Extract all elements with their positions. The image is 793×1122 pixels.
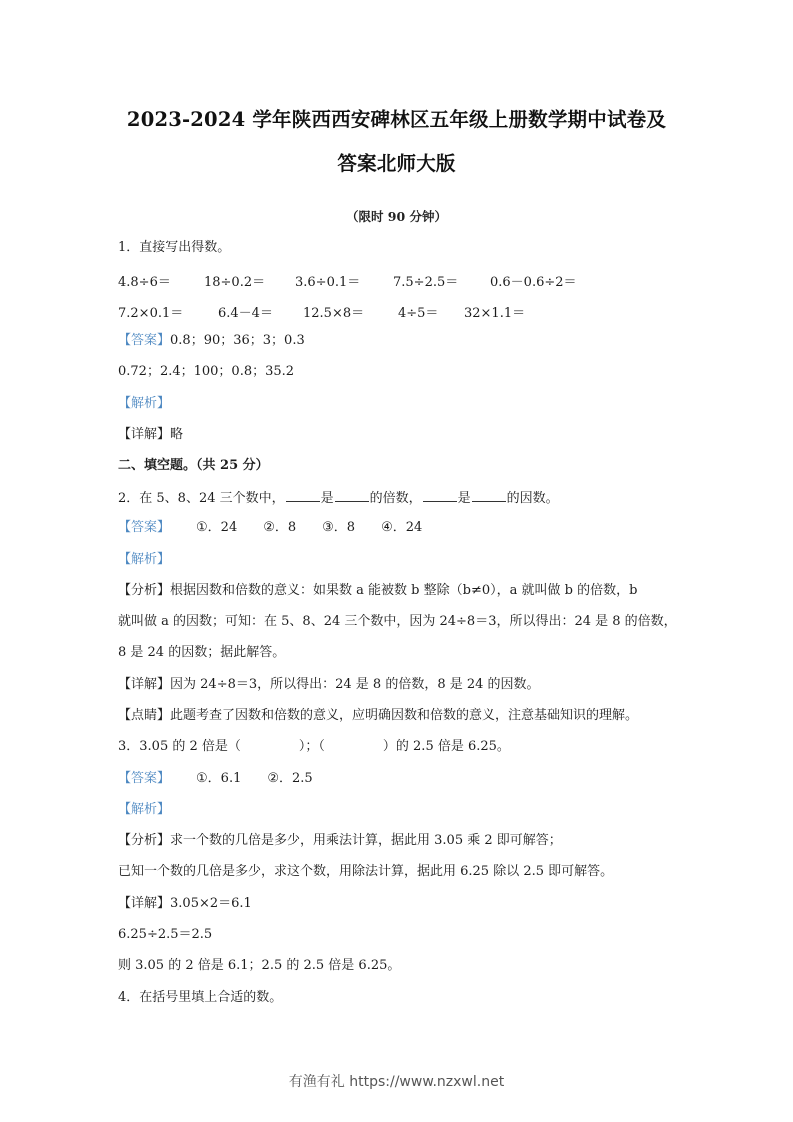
- q1-detail: 【详解】略: [118, 427, 183, 443]
- q3-prompt: 3．3.05 的 2 倍是（）；（）的 2.5 倍是 6.25。: [118, 739, 510, 755]
- q2-answer-4: ④．24: [381, 520, 422, 536]
- document-page: 2023-2024 学年陕西西安碑林区五年级上册数学期中试卷及 答案北师大版 （…: [0, 0, 793, 1122]
- section-2-heading: 二、填空题。（共 25 分）: [118, 458, 269, 474]
- q1-equation: 3.6÷0.1＝: [295, 271, 360, 290]
- footer-watermark: 有渔有礼 https://www.nzxwl.net: [0, 1071, 793, 1091]
- detail-label: 【详解】: [118, 677, 170, 692]
- q3-detail: 【详解】3.05×2＝6.1: [118, 896, 252, 912]
- q1-equation: 7.5÷2.5＝: [393, 271, 458, 290]
- q2-detail: 【详解】因为 24÷8＝3，所以得出：24 是 8 的倍数，8 是 24 的因数…: [118, 677, 540, 693]
- breakdown-label: 【分析】: [118, 833, 170, 848]
- q3-answer-2: ②．2.5: [267, 771, 312, 787]
- q3-analysis: 【解析】: [118, 802, 170, 818]
- q1-equation: 32×1.1＝: [464, 302, 525, 321]
- detail-label: 【详解】: [118, 427, 170, 442]
- q2-blank-4: [472, 489, 506, 502]
- q1-equation-row-1: 4.8÷6＝ 18÷0.2＝ 3.6÷0.1＝ 7.5÷2.5＝ 0.6－0.6…: [118, 271, 718, 287]
- detail-label: 【详解】: [118, 896, 170, 911]
- q3-answer-1: ①．6.1: [196, 771, 241, 787]
- q1-equation: 4.8÷6＝: [118, 271, 171, 290]
- q3-prompt-part: 3．3.05 的 2 倍是（: [118, 739, 241, 754]
- q2-answer-2: ②．8: [263, 520, 296, 536]
- q3-prompt-part: ）；（: [299, 739, 325, 754]
- q3-detail-line-1: 3.05×2＝6.1: [170, 896, 252, 911]
- q1-equation: 7.2×0.1＝: [118, 302, 183, 321]
- q2-breakdown-line-2: 就叫做 a 的因数；可知：在 5、8、24 三个数中，因为 24÷8＝3，所以得…: [118, 614, 677, 630]
- q1-detail-text: 略: [170, 427, 183, 442]
- q2-analysis: 【解析】: [118, 552, 170, 568]
- analysis-label: 【解析】: [118, 552, 170, 567]
- q3-prompt-part: ）的 2.5 倍是 6.25。: [383, 739, 510, 754]
- q1-equation-row-2: 7.2×0.1＝ 6.4－4＝ 12.5×8＝ 4÷5＝ 32×1.1＝: [118, 302, 718, 318]
- q2-prompt-part: 2．在 5、8、24 三个数中，: [118, 491, 285, 506]
- answer-label: 【答案】: [118, 520, 170, 535]
- q1-equation: 12.5×8＝: [303, 302, 364, 321]
- q3-detail-line-3: 则 3.05 的 2 倍是 6.1；2.5 的 2.5 倍是 6.25。: [118, 958, 400, 974]
- q1-answer: 【答案】0.8；90；36；3；0.3: [118, 333, 305, 349]
- q3-breakdown-line-2: 已知一个数的几倍是多少，求这个数，用除法计算，据此用 6.25 除以 2.5 即…: [118, 864, 613, 880]
- q4-prompt: 4．在括号里填上合适的数。: [118, 990, 282, 1006]
- q1-analysis: 【解析】: [118, 396, 170, 412]
- q2-prompt: 2．在 5、8、24 三个数中，是的倍数，是的因数。: [118, 489, 559, 507]
- q2-answer: 【答案】①．24②．8③．8④．24: [118, 520, 422, 536]
- q1-equation: 4÷5＝: [398, 302, 438, 321]
- q1-prompt: 1．直接写出得数。: [118, 240, 230, 256]
- q2-breakdown: 【分析】根据因数和倍数的意义：如果数 a 能被数 b 整除（b≠0），a 就叫做…: [118, 583, 637, 599]
- q1-answer-line-1: 0.8；90；36；3；0.3: [170, 333, 305, 348]
- q2-breakdown-line-3: 8 是 24 的因数；据此解答。: [118, 645, 285, 661]
- q2-prompt-part: 是: [321, 491, 334, 506]
- q2-comment-text: 此题考查了因数和倍数的意义，应明确因数和倍数的意义，注意基础知识的理解。: [170, 708, 638, 723]
- q2-answer-1: ①．24: [196, 520, 237, 536]
- q2-breakdown-line-1: 根据因数和倍数的意义：如果数 a 能被数 b 整除（b≠0），a 就叫做 b 的…: [170, 583, 637, 598]
- q1-equation: 0.6－0.6÷2＝: [490, 271, 577, 290]
- q2-prompt-part: 的倍数，: [370, 491, 422, 506]
- analysis-label: 【解析】: [118, 396, 170, 411]
- q2-answer-3: ③．8: [322, 520, 355, 536]
- q2-prompt-part: 是: [458, 491, 471, 506]
- q2-detail-text: 因为 24÷8＝3，所以得出：24 是 8 的倍数，8 是 24 的因数。: [170, 677, 540, 692]
- q2-blank-3: [423, 489, 457, 502]
- q3-detail-line-2: 6.25÷2.5＝2.5: [118, 927, 212, 943]
- document-title-line-1: 2023-2024 学年陕西西安碑林区五年级上册数学期中试卷及: [0, 104, 793, 132]
- document-title-line-2: 答案北师大版: [0, 148, 793, 176]
- q1-equation: 6.4－4＝: [218, 302, 273, 321]
- q3-breakdown: 【分析】求一个数的几倍是多少，用乘法计算，据此用 3.05 乘 2 即可解答；: [118, 833, 562, 849]
- q2-blank-1: [286, 489, 320, 502]
- q3-breakdown-line-1: 求一个数的几倍是多少，用乘法计算，据此用 3.05 乘 2 即可解答；: [170, 833, 562, 848]
- q2-blank-2: [335, 489, 369, 502]
- answer-label: 【答案】: [118, 771, 170, 786]
- q1-equation: 18÷0.2＝: [204, 271, 265, 290]
- answer-label: 【答案】: [118, 333, 170, 348]
- q2-comment: 【点睛】此题考查了因数和倍数的意义，应明确因数和倍数的意义，注意基础知识的理解。: [118, 708, 638, 724]
- analysis-label: 【解析】: [118, 802, 170, 817]
- q1-answer-line-2: 0.72；2.4；100；0.8；35.2: [118, 364, 294, 380]
- breakdown-label: 【分析】: [118, 583, 170, 598]
- q2-prompt-part: 的因数。: [507, 491, 559, 506]
- q3-answer: 【答案】①．6.1②．2.5: [118, 771, 313, 787]
- time-limit: （限时 90 分钟）: [0, 207, 793, 225]
- comment-label: 【点睛】: [118, 708, 170, 723]
